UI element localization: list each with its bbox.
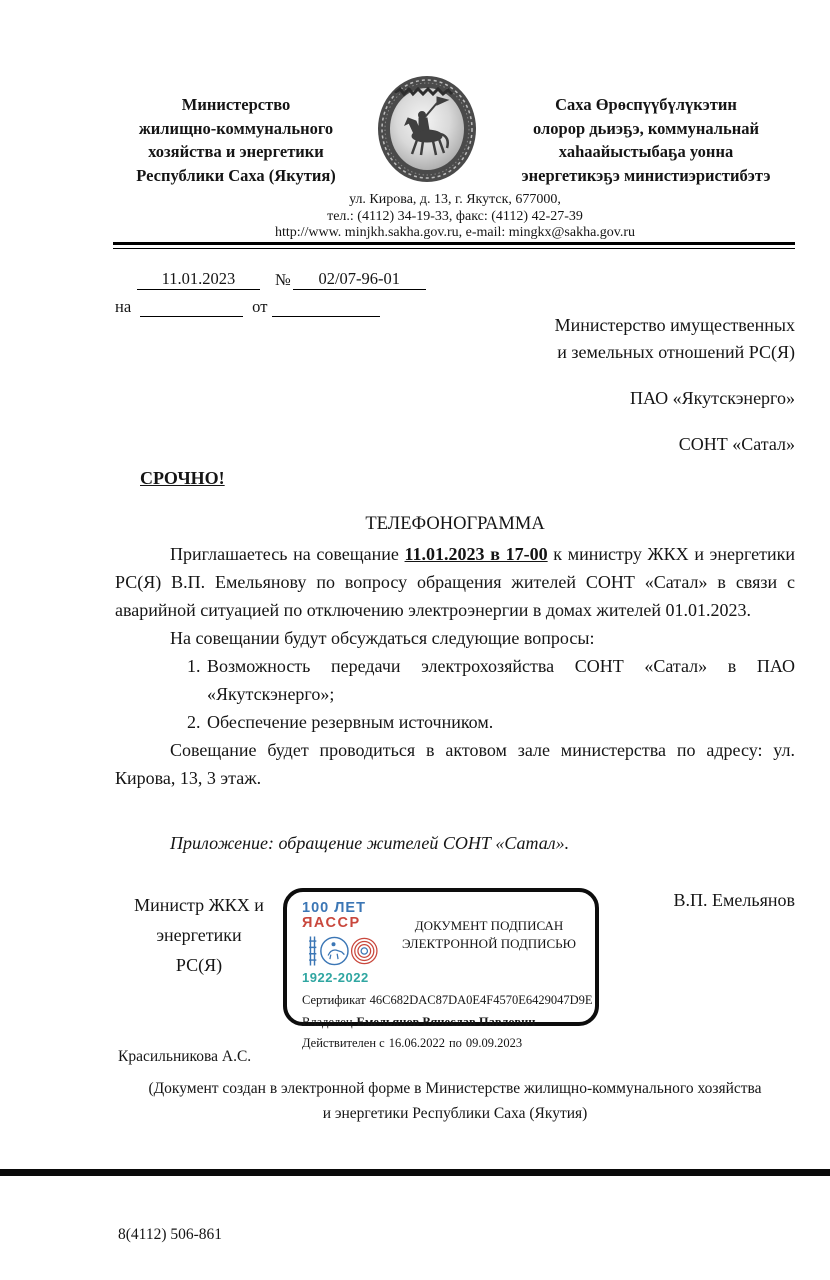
recipient-yakutskenergo: ПАО «Якутскэнерго» (555, 385, 795, 412)
certificate-value: 46C682DAC87DA0E4F4570E6429047D9E (370, 993, 593, 1007)
document-title: ТЕЛЕФОНОГРАММА (115, 514, 795, 535)
valid-label: Действителен с (302, 1036, 385, 1050)
agenda-item-1: Возможность передачи электрохозяйства СО… (205, 652, 795, 708)
valid-to-label: по (449, 1036, 462, 1050)
recipient-ministry-property: Министерство имущественных и земельных о… (555, 312, 795, 366)
org-name-russian: Министерство жилищно-коммунального хозяй… (112, 93, 360, 187)
recipients-block: Министерство имущественных и земельных о… (555, 312, 795, 477)
valid-from-date: 16.06.2022 (389, 1036, 445, 1050)
yaassr-centenary-logo: 100 ЛЕТ ЯАССР (302, 901, 398, 985)
contact-block: ул. Кирова, д. 13, г. Якутск, 677000, те… (115, 192, 795, 242)
outgoing-date-field: 11.01.2023 (137, 269, 260, 290)
paragraph-agenda-intro: На совещании будут обсуждаться следующие… (115, 624, 795, 652)
logo-line-yaassr: ЯАССР (302, 916, 398, 931)
digital-signature-stamp: 100 ЛЕТ ЯАССР (283, 888, 599, 1026)
ref-line-date-number: 11.01.2023 № 02/07-96-01 (115, 264, 795, 290)
phone-fax-line: тел.: (4112) 34-19-33, факс: (4112) 42-2… (115, 209, 795, 226)
postal-address: ул. Кирова, д. 13, г. Якутск, 677000, (115, 192, 795, 209)
paragraph-venue: Совещание будет проводиться в актовом за… (115, 736, 795, 792)
certificate-details: Сертификат46C682DAC87DA0E4F4570E6429047D… (302, 990, 580, 1055)
outgoing-number-field: 02/07-96-01 (293, 269, 426, 290)
agenda-list: Возможность передачи электрохозяйства СО… (115, 652, 795, 736)
ministry-seal (375, 73, 479, 185)
reply-to-number-field (140, 316, 243, 317)
signer-name: В.П. Емельянов (674, 890, 795, 911)
electronic-creation-note: (Документ создан в электронной форме в М… (75, 1076, 830, 1126)
document-body: Приглашаетесь на совещание 11.01.2023 в … (115, 540, 795, 792)
ot-label: от (252, 297, 267, 317)
recipient-sont-satal: СОНТ «Сатал» (555, 431, 795, 458)
stamp-title: ДОКУМЕНТ ПОДПИСАН ЭЛЕКТРОННОЙ ПОДПИСЬЮ (398, 901, 580, 985)
certificate-label: Сертификат (302, 993, 366, 1007)
paragraph-invitation: Приглашаетесь на совещание 11.01.2023 в … (115, 540, 795, 624)
agenda-item-2: Обеспечение резервным источником. (205, 708, 795, 736)
footer-phone: 8(4112) 506-861 (118, 1226, 222, 1244)
org-name-sakha: Саха Өрөспүүбүлүкэтин олорор дьиэҕэ, ком… (494, 93, 798, 187)
web-email-line: http://www. minjkh.sakha.gov.ru, e-mail:… (115, 225, 795, 242)
reference-block: 11.01.2023 № 02/07-96-01 на от (115, 264, 795, 317)
valid-to-date: 09.09.2023 (466, 1036, 522, 1050)
document-page: Министерство жилищно-коммунального хозяй… (0, 0, 830, 1280)
urgent-label: СРОЧНО! (140, 468, 225, 489)
yaassr-centenary-emblem-icon (302, 932, 398, 970)
reply-to-date-field (272, 316, 380, 317)
signer-position: Министр ЖКХ и энергетики РС(Я) (117, 890, 281, 980)
na-label: на (115, 297, 131, 317)
logo-years: 1922-2022 (302, 971, 398, 985)
stamp-header: 100 ЛЕТ ЯАССР (302, 901, 580, 985)
owner-name: Емельянов Вячеслав Павлович (357, 1015, 536, 1029)
attachment-note: Приложение: обращение жителей СОНТ «Сата… (115, 833, 795, 854)
logo-line-100-let: 100 ЛЕТ (302, 901, 398, 916)
horse-rider-emblem-icon (375, 73, 479, 185)
letterhead: Министерство жилищно-коммунального хозяй… (112, 73, 798, 187)
page-break-bar (0, 1169, 830, 1176)
owner-label: Владелец (302, 1015, 353, 1029)
signature-block: Министр ЖКХ и энергетики РС(Я) 100 ЛЕТ Я… (115, 886, 795, 1036)
owner-line: ВладелецЕмельянов Вячеслав Павлович (302, 1012, 580, 1034)
executor-name: Красильникова А.С. (118, 1048, 251, 1066)
certificate-line: Сертификат46C682DAC87DA0E4F4570E6429047D… (302, 990, 580, 1012)
meeting-datetime: 11.01.2023 в 17-00 (405, 544, 548, 564)
validity-line: Действителен с16.06.2022по09.09.2023 (302, 1033, 580, 1055)
letterhead-separator-rule (113, 242, 795, 249)
invitation-text-before: Приглашаетесь на совещание (170, 544, 405, 564)
number-sign: № (275, 270, 291, 290)
